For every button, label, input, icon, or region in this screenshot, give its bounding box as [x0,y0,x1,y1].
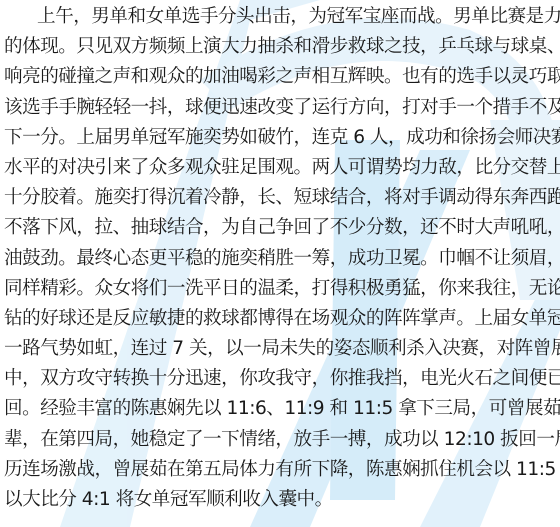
paragraph-line: 的体现。只见双方频频上演大力抽杀和滑步救球之技，乒乓球与球桌、球拍清脆 [4,32,557,62]
paragraph-line: 不落下风，拉、抽球结合，为自己争回了不少分数，还不时大声吼吼，为自己加 [4,213,557,243]
paragraph-line: 以大比分 4:1 将女单冠军顺利收入囊中。 [4,485,557,515]
paragraph-line: 上午，男单和女单选手分头出击，为冠军宝座而战。男单比赛是力量与速度 [4,2,557,32]
paragraph-line: 水平的对决引来了众多观众驻足围观。两人可谓势均力敌，比分交替上升，比赛 [4,153,557,183]
paragraph-line: 十分胶着。施奕打得沉着冷静，长、短球结合，将对手调动得东奔西跑。徐扬也 [4,183,557,213]
paragraph-line: 同样精彩。众女将们一洗平日的温柔，打得积极勇猛，你来我往，无论是落点刁 [4,274,557,304]
paragraph-line: 辈，在第四局，她稳定了一下情绪，放手一搏，成功以 12:10 扳回一局。但因经 [4,425,557,455]
paragraph-line: 一路气势如虹，连过 7 关，以一局未失的姿态顺利杀入决赛，对阵曾展茹。决赛 [4,334,557,364]
paragraph-line: 中，双方攻守转换十分迅速，你攻我守，你推我挡，电光火石之间便已是几个来 [4,364,557,394]
paragraph-line: 下一分。上届男单冠军施奕势如破竹，连克 6 人，成功和徐扬会师决赛。这场高 [4,123,557,153]
paragraph-line: 该选手手腕轻轻一抖，球便迅速改变了运行方向，打对手一个措手不及，轻松拿 [4,93,557,123]
paragraph-line: 钻的好球还是反应敏捷的救球都博得在场观众的阵阵掌声。上届女单冠军陈惠娴 [4,304,557,334]
paragraph-line: 回。经验丰富的陈惠娴先以 11:6、11:9 和 11:5 拿下三局，可曾展茹也… [4,394,557,424]
paragraph-line: 响亮的碰撞之声和观众的加油喝彩之声相互辉映。也有的选手以灵巧取胜，只见 [4,62,557,92]
article-paragraph: 上午，男单和女单选手分头出击，为冠军宝座而战。男单比赛是力量与速度 的体现。只见… [0,0,560,515]
paragraph-line: 历连场激战，曾展茹在第五局体力有所下降，陈惠娴抓住机会以 11:5 再下一城， [4,455,557,485]
paragraph-line: 油鼓劲。最终心态更平稳的施奕稍胜一筹，成功卫冕。巾帼不让须眉，女单比赛 [4,244,557,274]
